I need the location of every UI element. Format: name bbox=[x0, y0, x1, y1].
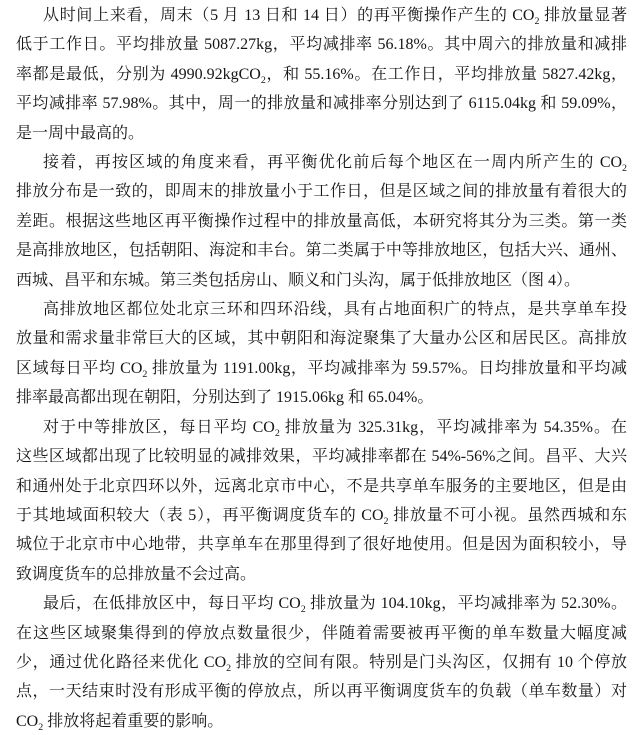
text-line: 排率最高都出现在朝阳，分别达到了 1915.06kg 和 65.04%。 bbox=[16, 383, 627, 412]
subscript-2: 2 bbox=[142, 369, 147, 380]
subscript-2: 2 bbox=[384, 516, 389, 527]
paragraph: 从时间上来看，周末（5 月 13 日和 14 日）的再平衡操作产生的 CO2 排… bbox=[16, 1, 627, 148]
text-line: 点，一天结束时没有形成平衡的停放点，所以再平衡调度货车的负载（单车数量）对 bbox=[16, 677, 627, 706]
subscript-2: 2 bbox=[275, 428, 280, 439]
text-line: 城位于北京市中心地带，共享单车在那里得到了很好地使用。但是因为面积较小，导 bbox=[16, 530, 627, 559]
document-body: 从时间上来看，周末（5 月 13 日和 14 日）的再平衡操作产生的 CO2 排… bbox=[16, 1, 627, 735]
text-line: 是高排放地区，包括朝阳、海淀和丰台。第二类属于中等排放地区，包括大兴、通州、 bbox=[16, 236, 627, 265]
text-line: 致调度货车的总排放量不会过高。 bbox=[16, 560, 627, 589]
paragraph: 高排放地区都位处北京三环和四环沿线，具有占地面积广的特点，是共享单车投放量和需求… bbox=[16, 295, 627, 413]
text-line: 少，通过优化路径来优化 CO2 排放的空间有限。特别是门头沟区，仅拥有 10 个… bbox=[16, 648, 627, 677]
document-page: 从时间上来看，周末（5 月 13 日和 14 日）的再平衡操作产生的 CO2 排… bbox=[0, 0, 640, 735]
text-line: 对于中等排放区，每日平均 CO2 排放量为 325.31kg，平均减排率为 54… bbox=[16, 413, 627, 442]
subscript-2: 2 bbox=[226, 663, 231, 674]
text-line: 最后，在低排放区中，每日平均 CO2 排放量为 104.10kg，平均减排率为 … bbox=[16, 589, 627, 618]
subscript-2: 2 bbox=[38, 722, 43, 733]
paragraph: 最后，在低排放区中，每日平均 CO2 排放量为 104.10kg，平均减排率为 … bbox=[16, 589, 627, 735]
text-line: 这些区域都出现了比较明显的减排效果，平均减排率都在 54%-56%之间。昌平、大… bbox=[16, 442, 627, 471]
text-line: 率都是最低，分别为 4990.92kgCO2，和 55.16%。在工作日，平均排… bbox=[16, 60, 627, 89]
text-line: 放量和需求量非常巨大的区域，其中朝阳和海淀聚集了大量办公区和居民区。高排放 bbox=[16, 324, 627, 353]
subscript-2: 2 bbox=[622, 163, 627, 174]
text-line: 和通州处于北京四环以外，远离北京市中心，不是共享单车服务的主要地区，但是由 bbox=[16, 472, 627, 501]
text-line: CO2 排放将起着重要的影响。 bbox=[16, 707, 627, 735]
text-line: 高排放地区都位处北京三环和四环沿线，具有占地面积广的特点，是共享单车投 bbox=[16, 295, 627, 324]
text-line: 低于工作日。平均排放量 5087.27kg，平均减排率 56.18%。其中周六的… bbox=[16, 30, 627, 59]
text-line: 接着，再按区域的角度来看，再平衡优化前后每个地区在一周内所产生的 CO2 bbox=[16, 148, 627, 177]
text-line: 在这些区域聚集得到的停放点数量很少，伴随着需要被再平衡的单车数量大幅度减 bbox=[16, 619, 627, 648]
paragraph: 接着，再按区域的角度来看，再平衡优化前后每个地区在一周内所产生的 CO2排放分布… bbox=[16, 148, 627, 295]
text-line: 区域每日平均 CO2 排放量为 1191.00kg，平均减排率为 59.57%。… bbox=[16, 354, 627, 383]
subscript-2: 2 bbox=[534, 16, 539, 27]
subscript-2: 2 bbox=[301, 604, 306, 615]
paragraph: 对于中等排放区，每日平均 CO2 排放量为 325.31kg，平均减排率为 54… bbox=[16, 413, 627, 589]
text-line: 于其地域面积较大（表 5），再平衡调度货车的 CO2 排放量不可小视。虽然西城和… bbox=[16, 501, 627, 530]
subscript-2: 2 bbox=[261, 75, 266, 86]
text-line: 从时间上来看，周末（5 月 13 日和 14 日）的再平衡操作产生的 CO2 排… bbox=[16, 1, 627, 30]
text-line: 西城、昌平和东城。第三类包括房山、顺义和门头沟，属于低排放地区（图 4）。 bbox=[16, 266, 627, 295]
text-line: 平均减排率 57.98%。其中，周一的排放量和减排率分别达到了 6115.04k… bbox=[16, 89, 627, 118]
text-line: 差距。根据这些地区再平衡操作过程中的排放量高低，本研究将其分为三类。第一类 bbox=[16, 207, 627, 236]
text-line: 排放分布是一致的，即周末的排放量小于工作日，但是区域之间的排放量有着很大的 bbox=[16, 177, 627, 206]
text-line: 是一周中最高的。 bbox=[16, 119, 627, 148]
